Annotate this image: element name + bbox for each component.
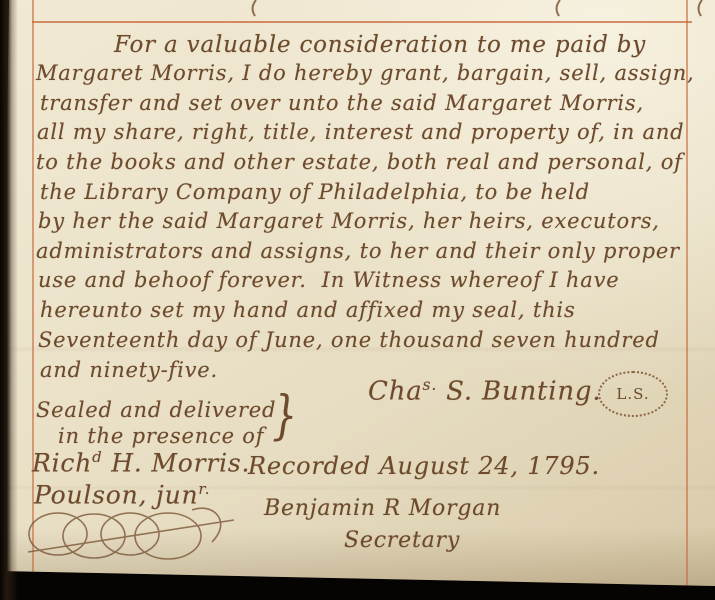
deed-body-line: Seventeenth day of June, one thousand se… xyxy=(38,328,660,352)
deed-body-line: by her the said Margaret Morris, her hei… xyxy=(38,209,660,233)
seal-ls-mark: L.S. xyxy=(598,371,668,417)
deed-body-line: and ninety-five. xyxy=(40,358,218,382)
recorder-title: Secretary xyxy=(344,528,460,553)
deed-body-line: to the books and other estate, both real… xyxy=(36,150,683,174)
deed-body-line: all my share, right, title, interest and… xyxy=(37,120,684,144)
seal-label: L.S. xyxy=(616,385,649,403)
witness-presence-line: in the presence of xyxy=(58,424,264,448)
recorded-date-line: Recorded August 24, 1795. xyxy=(248,452,600,480)
recorder-name: Benjamin R Morgan xyxy=(264,496,501,521)
deed-body-line: use and behoof forever. In Witness where… xyxy=(38,268,619,292)
top-horizontal-rule xyxy=(32,21,692,23)
book-gutter-shadow xyxy=(0,0,18,600)
deed-body-line: hereunto set my hand and affixed my seal… xyxy=(40,298,576,322)
signature-flourish xyxy=(26,504,246,564)
witness-brace: } xyxy=(272,386,297,446)
deed-body-line: Margaret Morris, I do hereby grant, barg… xyxy=(36,61,695,85)
manuscript-page: For a valuable consideration to me paid … xyxy=(0,0,715,600)
deed-body-line: the Library Company of Philadelphia, to … xyxy=(40,180,590,204)
deed-body-line: transfer and set over unto the said Marg… xyxy=(40,91,644,115)
deed-body-line: administrators and assigns, to her and t… xyxy=(36,239,680,263)
signature-chas-bunting: Chas. S. Bunting. xyxy=(368,376,601,407)
deed-body-line: For a valuable consideration to me paid … xyxy=(114,32,646,58)
witness-sealed-line: Sealed and delivered xyxy=(36,398,276,422)
cropped-line-descenders xyxy=(0,0,715,17)
witness-name-morris: Richd H. Morris. xyxy=(32,448,250,477)
right-margin-rule xyxy=(686,0,688,600)
paper-sheet: For a valuable consideration to me paid … xyxy=(0,0,715,600)
